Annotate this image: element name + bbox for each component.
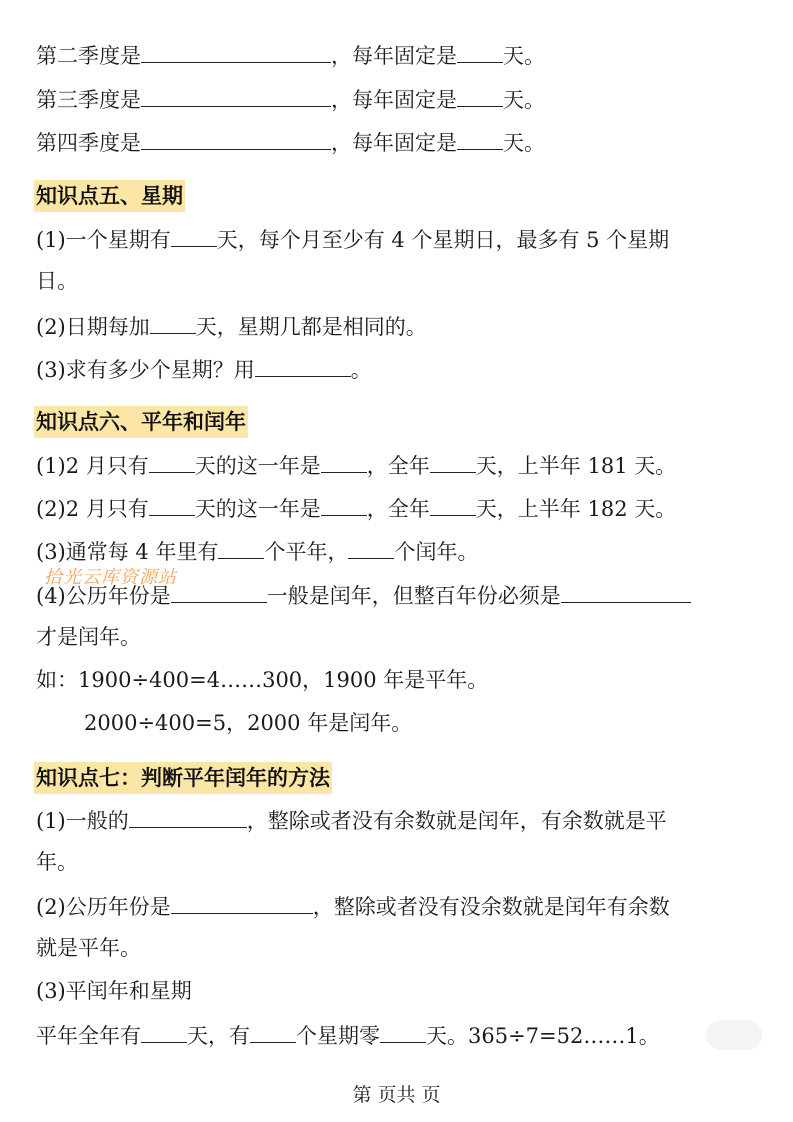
text: (2)日期每加 — [36, 315, 150, 339]
blank[interactable] — [149, 450, 195, 473]
text: 天。 — [503, 88, 545, 112]
text: 天，上半年 182 天。 — [476, 497, 676, 521]
s7-q2-cont: 就是平年。 — [36, 934, 141, 962]
text: (1)一般的 — [36, 809, 129, 833]
blank[interactable] — [129, 805, 247, 828]
text: (2)公历年份是 — [36, 895, 171, 919]
blank[interactable] — [321, 493, 367, 516]
s7-q3-line: 平年全年有天，有个星期零天。365÷7=52……1。 — [36, 1020, 660, 1050]
text: (3)求有多少个星期？用 — [36, 358, 255, 382]
season-2-line: 第二季度是，每年固定是天。 — [36, 40, 545, 70]
text: ，全年 — [367, 497, 430, 521]
text: 天的这一年是 — [195, 454, 321, 478]
blank[interactable] — [171, 224, 217, 247]
s6-q2: (2)2 月只有天的这一年是，全年天，上半年 182 天。 — [36, 493, 676, 523]
season-4-line: 第四季度是，每年固定是天。 — [36, 127, 545, 157]
s5-q3: (3)求有多少个星期？用。 — [36, 354, 372, 384]
text: ，每年固定是 — [331, 44, 457, 68]
blank[interactable] — [457, 127, 503, 150]
text: 平年全年有 — [36, 1024, 141, 1048]
s6-q4-cont: 才是闰年。 — [36, 623, 141, 651]
s7-q1-cont: 年。 — [36, 848, 78, 876]
page-footer: 第 页共 页 — [0, 1080, 793, 1107]
s5-q1: (1)一个星期有天，每个月至少有 4 个星期日，最多有 5 个星期 — [36, 224, 669, 254]
text: 天。 — [503, 131, 545, 155]
text: 天，星期几都是相同的。 — [196, 315, 427, 339]
text: 天，每个月至少有 4 个星期日，最多有 5 个星期 — [217, 228, 669, 252]
blank[interactable] — [457, 40, 503, 63]
text: ，整除或者没有没余数就是闰年有余数 — [313, 895, 670, 919]
blank[interactable] — [141, 40, 331, 63]
text: 天，有 — [187, 1024, 250, 1048]
s5-q1-cont: 日。 — [36, 267, 78, 295]
blank[interactable] — [141, 1020, 187, 1043]
blank[interactable] — [250, 1020, 296, 1043]
s6-example-2: 2000÷400=5，2000 年是闰年。 — [84, 709, 412, 737]
text: (1)一个星期有 — [36, 228, 171, 252]
text: 天，上半年 181 天。 — [476, 454, 676, 478]
text: 个平年， — [264, 540, 348, 564]
blank[interactable] — [150, 311, 196, 334]
section-5-heading: 知识点五、星期 — [34, 180, 185, 212]
blank[interactable] — [348, 536, 394, 559]
s6-q3: (3)通常每 4 年里有个平年，个闰年。 — [36, 536, 478, 566]
blank[interactable] — [171, 891, 313, 914]
watermark: 拾光云库资源站 — [44, 563, 177, 589]
s7-q1: (1)一般的，整除或者没有余数就是闰年，有余数就是平 — [36, 805, 667, 835]
text: 第四季度是 — [36, 131, 141, 155]
blank[interactable] — [430, 450, 476, 473]
blank[interactable] — [430, 493, 476, 516]
s6-q1: (1)2 月只有天的这一年是，全年天，上半年 181 天。 — [36, 450, 676, 480]
season-3-line: 第三季度是，每年固定是天。 — [36, 84, 545, 114]
text: ，全年 — [367, 454, 430, 478]
text: 。 — [351, 358, 372, 382]
s6-example-1: 如：1900÷400=4……300，1900 年是平年。 — [36, 666, 488, 694]
text: ，每年固定是 — [331, 131, 457, 155]
blank[interactable] — [149, 493, 195, 516]
section-6-heading: 知识点六、平年和闰年 — [34, 406, 248, 438]
blank[interactable] — [141, 84, 331, 107]
text: (1)2 月只有 — [36, 454, 149, 478]
text: 天。 — [503, 44, 545, 68]
text: 第三季度是 — [36, 88, 141, 112]
text: ，每年固定是 — [331, 88, 457, 112]
faint-stamp-icon — [706, 1020, 762, 1050]
text: 天。365÷7=52……1。 — [426, 1024, 660, 1048]
blank[interactable] — [380, 1020, 426, 1043]
s5-q2: (2)日期每加天，星期几都是相同的。 — [36, 311, 427, 341]
text: ，整除或者没有余数就是闰年，有余数就是平 — [247, 809, 667, 833]
text: 个星期零 — [296, 1024, 380, 1048]
blank[interactable] — [141, 127, 331, 150]
blank[interactable] — [457, 84, 503, 107]
text: (3)通常每 4 年里有 — [36, 540, 218, 564]
blank[interactable] — [218, 536, 264, 559]
blank[interactable] — [171, 580, 267, 603]
text: 个闰年。 — [394, 540, 478, 564]
section-7-heading: 知识点七：判断平年闰年的方法 — [34, 762, 332, 794]
blank[interactable] — [255, 354, 351, 377]
s7-q3: (3)平闰年和星期 — [36, 977, 192, 1005]
blank[interactable] — [321, 450, 367, 473]
s7-q2: (2)公历年份是，整除或者没有没余数就是闰年有余数 — [36, 891, 670, 921]
blank[interactable] — [561, 580, 691, 603]
text: 第二季度是 — [36, 44, 141, 68]
text: (2)2 月只有 — [36, 497, 149, 521]
text: 一般是闰年，但整百年份必须是 — [267, 584, 561, 608]
text: 天的这一年是 — [195, 497, 321, 521]
